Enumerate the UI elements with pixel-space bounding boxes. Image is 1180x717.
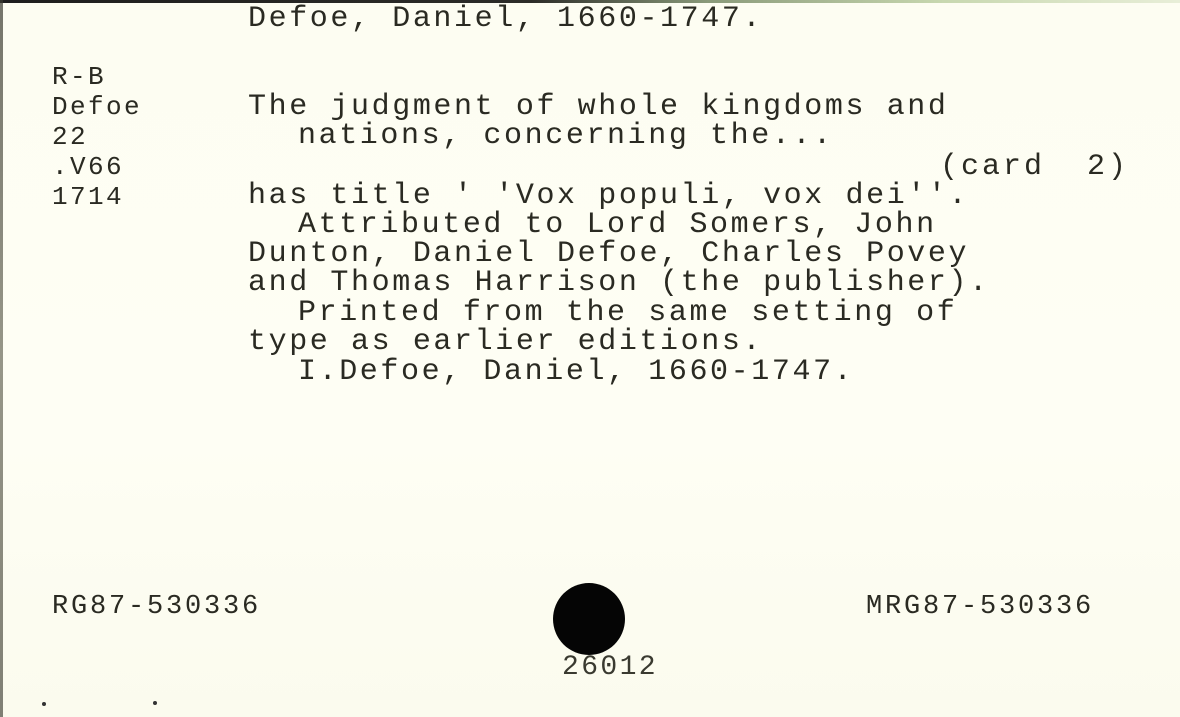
card-left-edge: [0, 0, 3, 717]
speck-mark: [42, 702, 46, 706]
call-number-line: R-B: [52, 62, 142, 92]
title-line: The judgment of whole kingdoms and: [248, 92, 949, 122]
call-number-line: 1714: [52, 182, 142, 212]
punch-hole-icon: [553, 583, 625, 655]
title-line: nations, concerning the...: [298, 121, 834, 151]
call-number-line: 22: [52, 122, 142, 152]
call-number-line: Defoe: [52, 92, 142, 122]
note-line: Printed from the same setting of: [298, 298, 957, 328]
control-number-right: MRG87-530336: [866, 592, 1094, 622]
note-line: has title ' 'Vox populi, vox dei''.: [248, 181, 969, 211]
accession-number: 26012: [562, 652, 658, 683]
call-number: R-B Defoe 22 .V66 1714: [52, 62, 142, 212]
main-entry-heading: Defoe, Daniel, 1660-1747.: [248, 4, 763, 34]
speck-mark: [153, 701, 157, 705]
catalog-card: Defoe, Daniel, 1660-1747. R-B Defoe 22 .…: [0, 0, 1180, 717]
call-number-line: .V66: [52, 152, 142, 182]
note-line: Dunton, Daniel Defoe, Charles Povey: [248, 239, 969, 269]
note-line: type as earlier editions.: [248, 327, 763, 357]
added-entry: I.Defoe, Daniel, 1660-1747.: [298, 357, 854, 387]
card-sequence-number: (card 2): [940, 152, 1129, 182]
note-line: Attributed to Lord Somers, John: [298, 210, 937, 240]
control-number-left: RG87-530336: [52, 592, 261, 622]
note-line: and Thomas Harrison (the publisher).: [248, 268, 990, 298]
